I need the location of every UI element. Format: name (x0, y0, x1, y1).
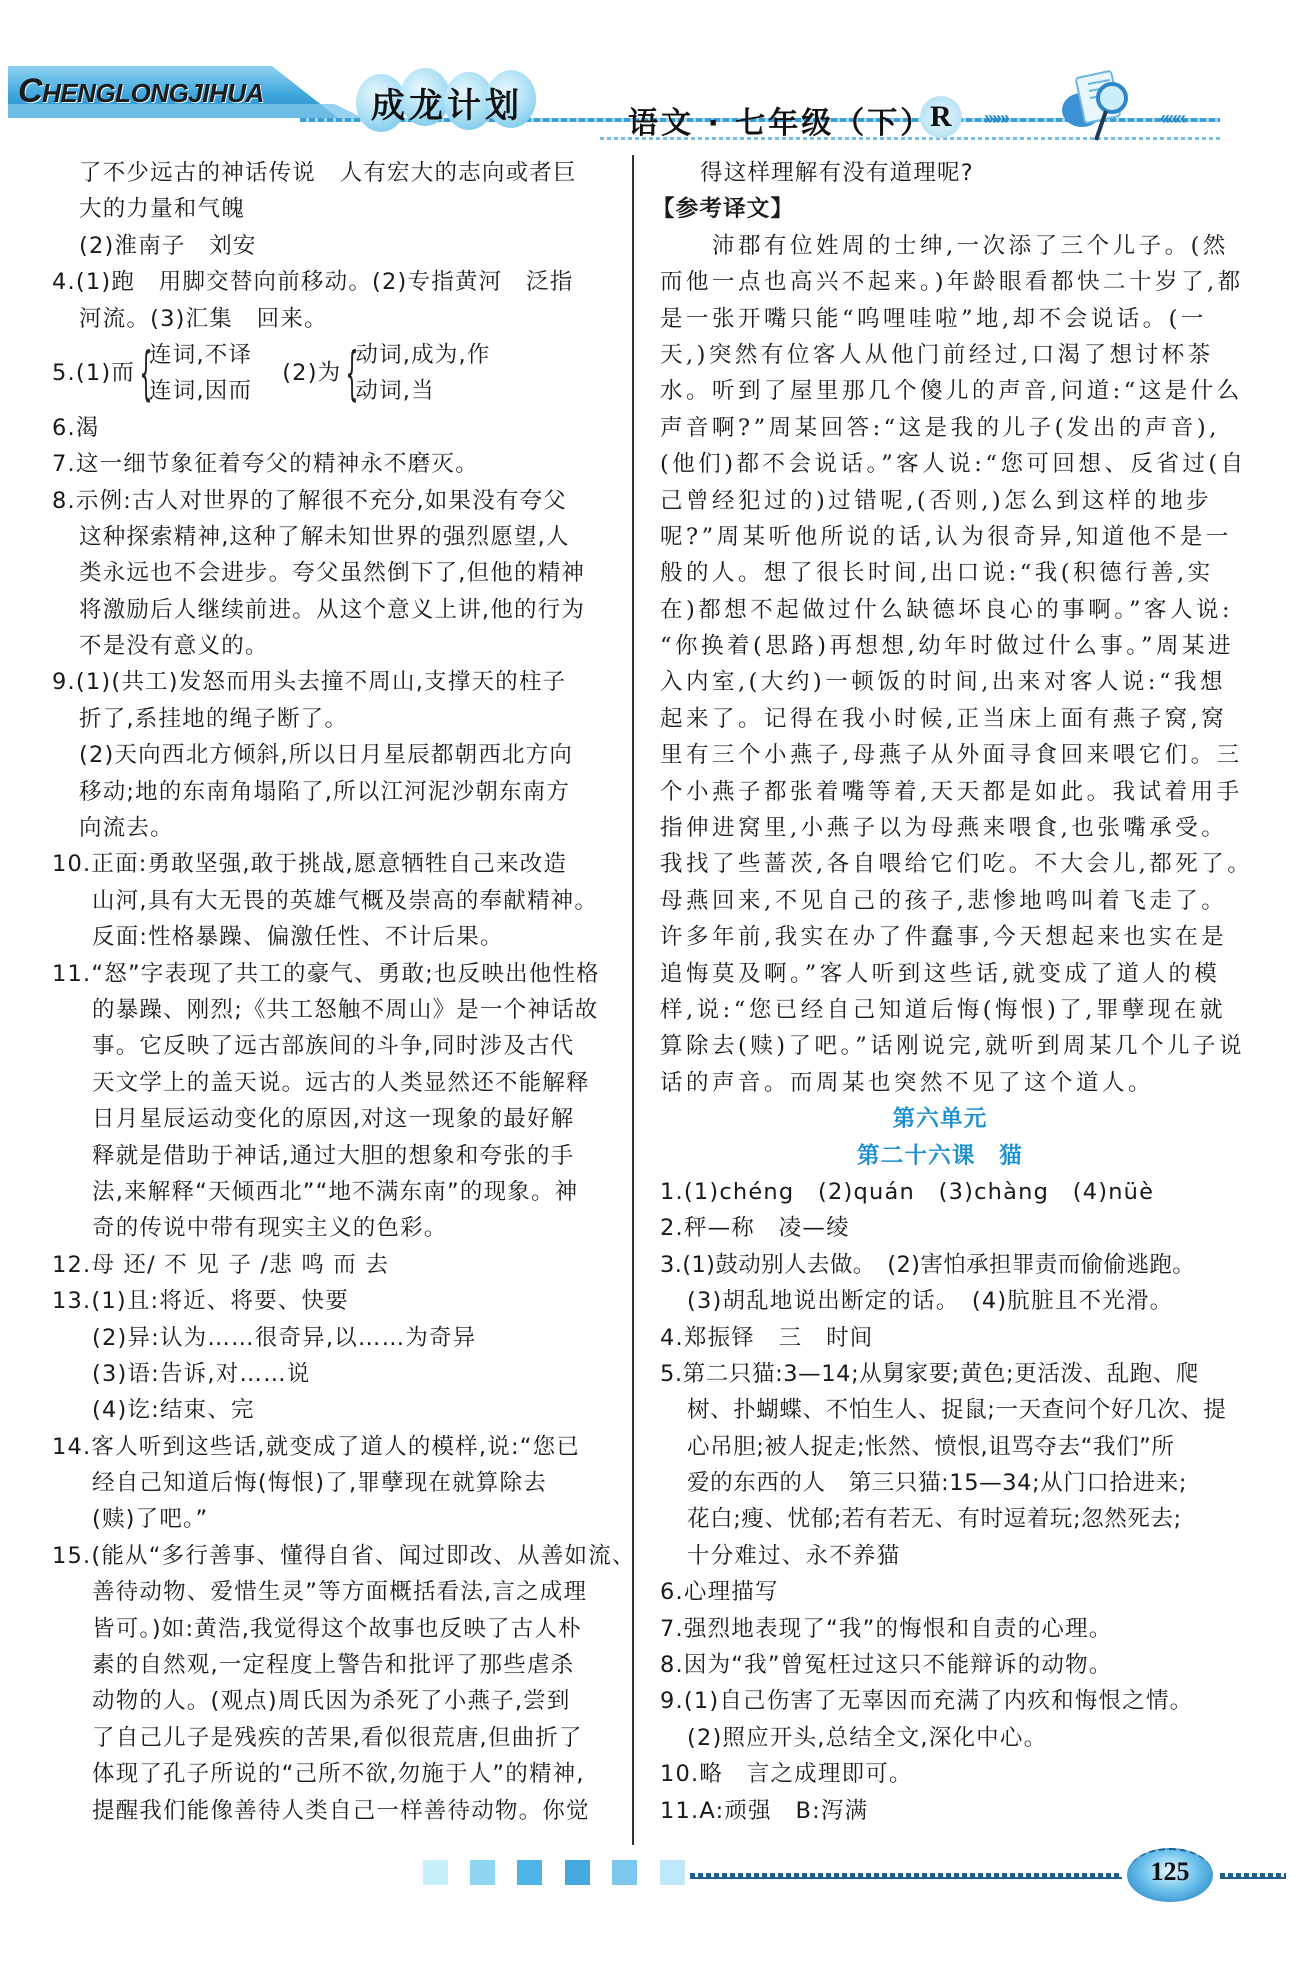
left-column-answers: 了不少远古的神话传说 人有宏大的志向或者巨 大的力量和气魄 (2)淮南子 刘安 … (52, 155, 612, 1829)
text-line: 提醒我们能像善待人类自己一样善待动物。你觉 (52, 1793, 612, 1829)
translation-line: 入内室,(大约)一顿饭的时间,出来对客人说:“我想 (660, 664, 1220, 700)
footer-square-decoration (612, 1860, 637, 1885)
magnifier-document-icon (1060, 68, 1140, 144)
text-line: 天文学上的盖天说。远古的人类显然还不能解释 (52, 1065, 612, 1101)
answer-line: 11.A:顽强 B:泻满 (660, 1793, 1220, 1829)
series-title: 成龙计划 (356, 78, 538, 127)
reference-translation: 沛郡有位姓周的士绅,一次添了三个儿子。(然 而他一点也高兴不起来。)年龄眼看都快… (660, 228, 1220, 1101)
text-line: 反面:性格暴躁、偏激任性、不计后果。 (52, 919, 612, 955)
subject-grade-label: 语文 · 七年级（下） (628, 98, 933, 142)
translation-line: 声音啊?”周某回答:“这是我的儿子(发出的声音), (660, 410, 1220, 446)
footer-square-decoration (517, 1860, 542, 1885)
text-line: 9.(1)(共工)发怒而用头去撞不周山,支撑天的柱子 (52, 664, 612, 700)
answer-line: 心吊胆;被人捉走;怅然、愤恨,诅骂夺去“我们”所 (660, 1429, 1220, 1465)
text-line: 经自己知道后悔(悔恨)了,罪孽现在就算除去 (52, 1465, 612, 1501)
text-line: 12.母 还/ 不 见 子 /悲 鸣 而 去 (52, 1247, 612, 1283)
text-line: 得这样理解有没有道理呢? (660, 155, 1220, 191)
answer-line: 3.(1)鼓动别人去做。 (2)害怕承担罪责而偷偷逃跑。 (660, 1247, 1220, 1283)
answer-5-brace-block: 5.(1)而 { 连词,不译 连词,因而 (2)为 { 动词,成为,作 动词,当 (52, 337, 612, 410)
lesson-title: 第二十六课 猫 (660, 1138, 1220, 1174)
option: 连词,因而 (149, 373, 252, 409)
brand-initial: C (18, 72, 42, 110)
text-line: 将激励后人继续前进。从这个意义上讲,他的行为 (52, 592, 612, 628)
answer-line: 7.强烈地表现了“我”的悔恨和自责的心理。 (660, 1611, 1220, 1647)
answer-line: 爱的东西的人 第三只猫:15—34;从门口拾进来; (660, 1465, 1220, 1501)
text-line: 奇的传说中带有现实主义的色彩。 (52, 1210, 612, 1246)
brace-icon: { (140, 343, 145, 403)
text-line: (3)语:告诉,对……说 (52, 1356, 612, 1392)
text-line: 素的自然观,一定程度上警告和批评了那些虐杀 (52, 1647, 612, 1683)
translation-line: 而他一点也高兴不起来。)年龄眼看都快二十岁了,都 (660, 264, 1220, 300)
text-line: 8.示例:古人对世界的了解很不充分,如果没有夸父 (52, 483, 612, 519)
translation-line: 指伸进窝里,小燕子以为母燕来喂食,也张嘴承受。 (660, 810, 1220, 846)
text-line: 日月星辰运动变化的原因,对这一现象的最好解 (52, 1101, 612, 1137)
translation-line: 是一张开嘴只能“呜哩哇啦”地,却不会说话。(一 (660, 301, 1220, 337)
unit-title: 第六单元 (660, 1101, 1220, 1137)
translation-line: “你换着(思路)再想想,幼年时做过什么事。”周某进 (660, 628, 1220, 664)
text-line: 大的力量和气魄 (52, 191, 612, 227)
text-line: 15.(能从“多行善事、懂得自省、闻过即改、从善如流、 (52, 1538, 612, 1574)
text-line: (2)淮南子 刘安 (52, 228, 612, 264)
answer-line: 8.因为“我”曾冤枉过这只不能辩诉的动物。 (660, 1647, 1220, 1683)
translation-line: 母燕回来,不见自己的孩子,悲惨地鸣叫着飞走了。 (660, 883, 1220, 919)
text-line: 河流。(3)汇集 回来。 (52, 301, 612, 337)
lesson-answers: 1.(1)chéng (2)quán (3)chàng (4)nüè 2.秤—称… (660, 1174, 1220, 1829)
text-line: 11.“怒”字表现了共工的豪气、勇敢;也反映出他性格 (52, 956, 612, 992)
translation-line: 呢?”周某听他所说的话,认为很奇异,知道他不是一 (660, 519, 1220, 555)
chevrons-right-icon: ›››››› (984, 108, 1008, 129)
translation-line: 许多年前,我实在办了件蠢事,今天想起来也实在是 (660, 919, 1220, 955)
translation-line: 算除去(赎)了吧。”话刚说完,就听到周某几个儿子说 (660, 1028, 1220, 1064)
answer-5-a-options: 连词,不译 连词,因而 (149, 337, 252, 410)
text-line: 法,来解释“天倾西北”“地不满东南”的现象。神 (52, 1174, 612, 1210)
text-line: (4)讫:结束、完 (52, 1392, 612, 1428)
text-line: 释就是借助于神话,通过大胆的想象和夸张的手 (52, 1138, 612, 1174)
text-line: 了自己儿子是残疾的苦果,看似很荒唐,但曲折了 (52, 1720, 612, 1756)
text-line: 事。它反映了远古部族间的斗争,同时涉及古代 (52, 1028, 612, 1064)
answer-line: 十分难过、永不养猫 (660, 1538, 1220, 1574)
text-line: 7.这一细节象征着夸父的精神永不磨灭。 (52, 446, 612, 482)
translation-line: (他们)都不会说话。”客人说:“您可回想、反省过(自 (660, 446, 1220, 482)
text-line: 皆可。)如:黄浩,我觉得这个故事也反映了古人朴 (52, 1611, 612, 1647)
column-divider (632, 155, 634, 1845)
option: 动词,成为,作 (355, 337, 490, 373)
footer-rule-right (1220, 1873, 1286, 1879)
answer-line: 花白;瘦、忧郁;若有若无、有时逗着玩;忽然死去; (660, 1501, 1220, 1537)
text-line: 山河,具有大无畏的英雄气概及崇高的奉献精神。 (52, 883, 612, 919)
edition-badge: R (930, 100, 952, 134)
answer-line: 1.(1)chéng (2)quán (3)chàng (4)nüè (660, 1174, 1220, 1210)
text-line: 了不少远古的神话传说 人有宏大的志向或者巨 (52, 155, 612, 191)
text-line: 这种探索精神,这种了解未知世界的强烈愿望,人 (52, 519, 612, 555)
text-line: 6.渴 (52, 410, 612, 446)
chevrons-left-icon: ‹‹‹‹‹‹ (1160, 108, 1184, 129)
text-line: 移动;地的东南角塌陷了,所以江河泥沙朝东南方 (52, 774, 612, 810)
text-line: 善待动物、爱惜生灵”等方面概括看法,言之成理 (52, 1574, 612, 1610)
answer-line: 2.秤—称 凌—绫 (660, 1210, 1220, 1246)
text-line: (赎)了吧。” (52, 1501, 612, 1537)
answer-5-prefix: 5.(1)而 (52, 355, 135, 391)
text-line: 13.(1)且:将近、将要、快要 (52, 1283, 612, 1319)
option: 连词,不译 (149, 337, 252, 373)
answer-line: 10.略 言之成理即可。 (660, 1756, 1220, 1792)
answer-line: 树、扑蝴蝶、不怕生人、捉鼠;一天查问个好几次、提 (660, 1392, 1220, 1428)
translation-line: 追悔莫及啊。”客人听到这些话,就变成了道人的模 (660, 956, 1220, 992)
translation-line: 我找了些蔷茨,各自喂给它们吃。不大会儿,都死了。 (660, 846, 1220, 882)
text-line: 10.正面:勇敢坚强,敢于挑战,愿意牺牲自己来改造 (52, 846, 612, 882)
translation-line: 个小燕子都张着嘴等着,天天都是如此。我试着用手 (660, 774, 1220, 810)
translation-line: 沛郡有位姓周的士绅,一次添了三个儿子。(然 (660, 228, 1220, 264)
text-line: 体现了孔子所说的“己所不欲,勿施于人”的精神, (52, 1756, 612, 1792)
translation-line: 在)都想不起做过什么缺德坏良心的事啊。”客人说: (660, 592, 1220, 628)
translation-line: 水。听到了屋里那几个傻儿的声音,问道:“这是什么 (660, 373, 1220, 409)
brand-text: HENGLONGJIHUA (42, 78, 264, 108)
answer-5-b-options: 动词,成为,作 动词,当 (355, 337, 490, 410)
footer-square-decoration (423, 1860, 448, 1885)
translation-label: 【参考译文】 (652, 191, 1220, 227)
translation-line: 般的人。想了很长时间,出口说:“我(积德行善,实 (660, 555, 1220, 591)
footer-rule (690, 1873, 1122, 1879)
text-line: 14.客人听到这些话,就变成了道人的模样,说:“您已 (52, 1429, 612, 1465)
option: 动词,当 (355, 373, 490, 409)
answer-5-mid: (2)为 (282, 355, 341, 391)
footer-square-decoration (660, 1860, 685, 1885)
text-line: 的暴躁、刚烈;《共工怒触不周山》是一个神话故 (52, 992, 612, 1028)
series-title-logo: 成龙计划 (356, 70, 538, 136)
text-line: 类永远也不会进步。夸父虽然倒下了,但他的精神 (52, 555, 612, 591)
translation-line: 己曾经犯过的)过错呢,(否则,)怎么到这样的地步 (660, 483, 1220, 519)
translation-line: 话的声音。而周某也突然不见了这个道人。 (660, 1065, 1220, 1101)
brace-icon: { (346, 343, 351, 403)
answer-line: 9.(1)自己伤害了无辜因而充满了内疚和悔恨之情。 (660, 1683, 1220, 1719)
answer-line: (3)胡乱地说出断定的话。 (4)肮脏且不光滑。 (660, 1283, 1220, 1319)
footer-square-decoration (565, 1860, 590, 1885)
text-line: 4.(1)跑 用脚交替向前移动。(2)专指黄河 泛指 (52, 264, 612, 300)
text-line: (2)异:认为……很奇异,以……为奇异 (52, 1320, 612, 1356)
text-line: (2)天向西北方倾斜,所以日月星辰都朝西北方向 (52, 737, 612, 773)
translation-line: 里有三个小燕子,母燕子从外面寻食回来喂它们。三 (660, 737, 1220, 773)
translation-line: 天,)突然有位客人从他门前经过,口渴了想讨杯茶 (660, 337, 1220, 373)
page-number: 125 (1127, 1857, 1213, 1887)
answer-line: 5.第二只猫:3—14;从舅家要;黄色;更活泼、乱跑、爬 (660, 1356, 1220, 1392)
brand-logo: CHENGLONGJIHUA (18, 72, 264, 111)
text-line: 向流去。 (52, 810, 612, 846)
answer-line: (2)照应开头,总结全文,深化中心。 (660, 1720, 1220, 1756)
footer-square-decoration (470, 1860, 495, 1885)
text-line: 不是没有意义的。 (52, 628, 612, 664)
text-line: 动物的人。(观点)周氏因为杀死了小燕子,尝到 (52, 1683, 612, 1719)
right-column: 得这样理解有没有道理呢? 【参考译文】 沛郡有位姓周的士绅,一次添了三个儿子。(… (660, 155, 1220, 1829)
answer-line: 4.郑振铎 三 时间 (660, 1320, 1220, 1356)
answer-line: 6.心理描写 (660, 1574, 1220, 1610)
translation-line: 样,说:“您已经自己知道后悔(悔恨)了,罪孽现在就 (660, 992, 1220, 1028)
text-line: 折了,系挂地的绳子断了。 (52, 701, 612, 737)
translation-line: 起来了。记得在我小时候,正当床上面有燕子窝,窝 (660, 701, 1220, 737)
